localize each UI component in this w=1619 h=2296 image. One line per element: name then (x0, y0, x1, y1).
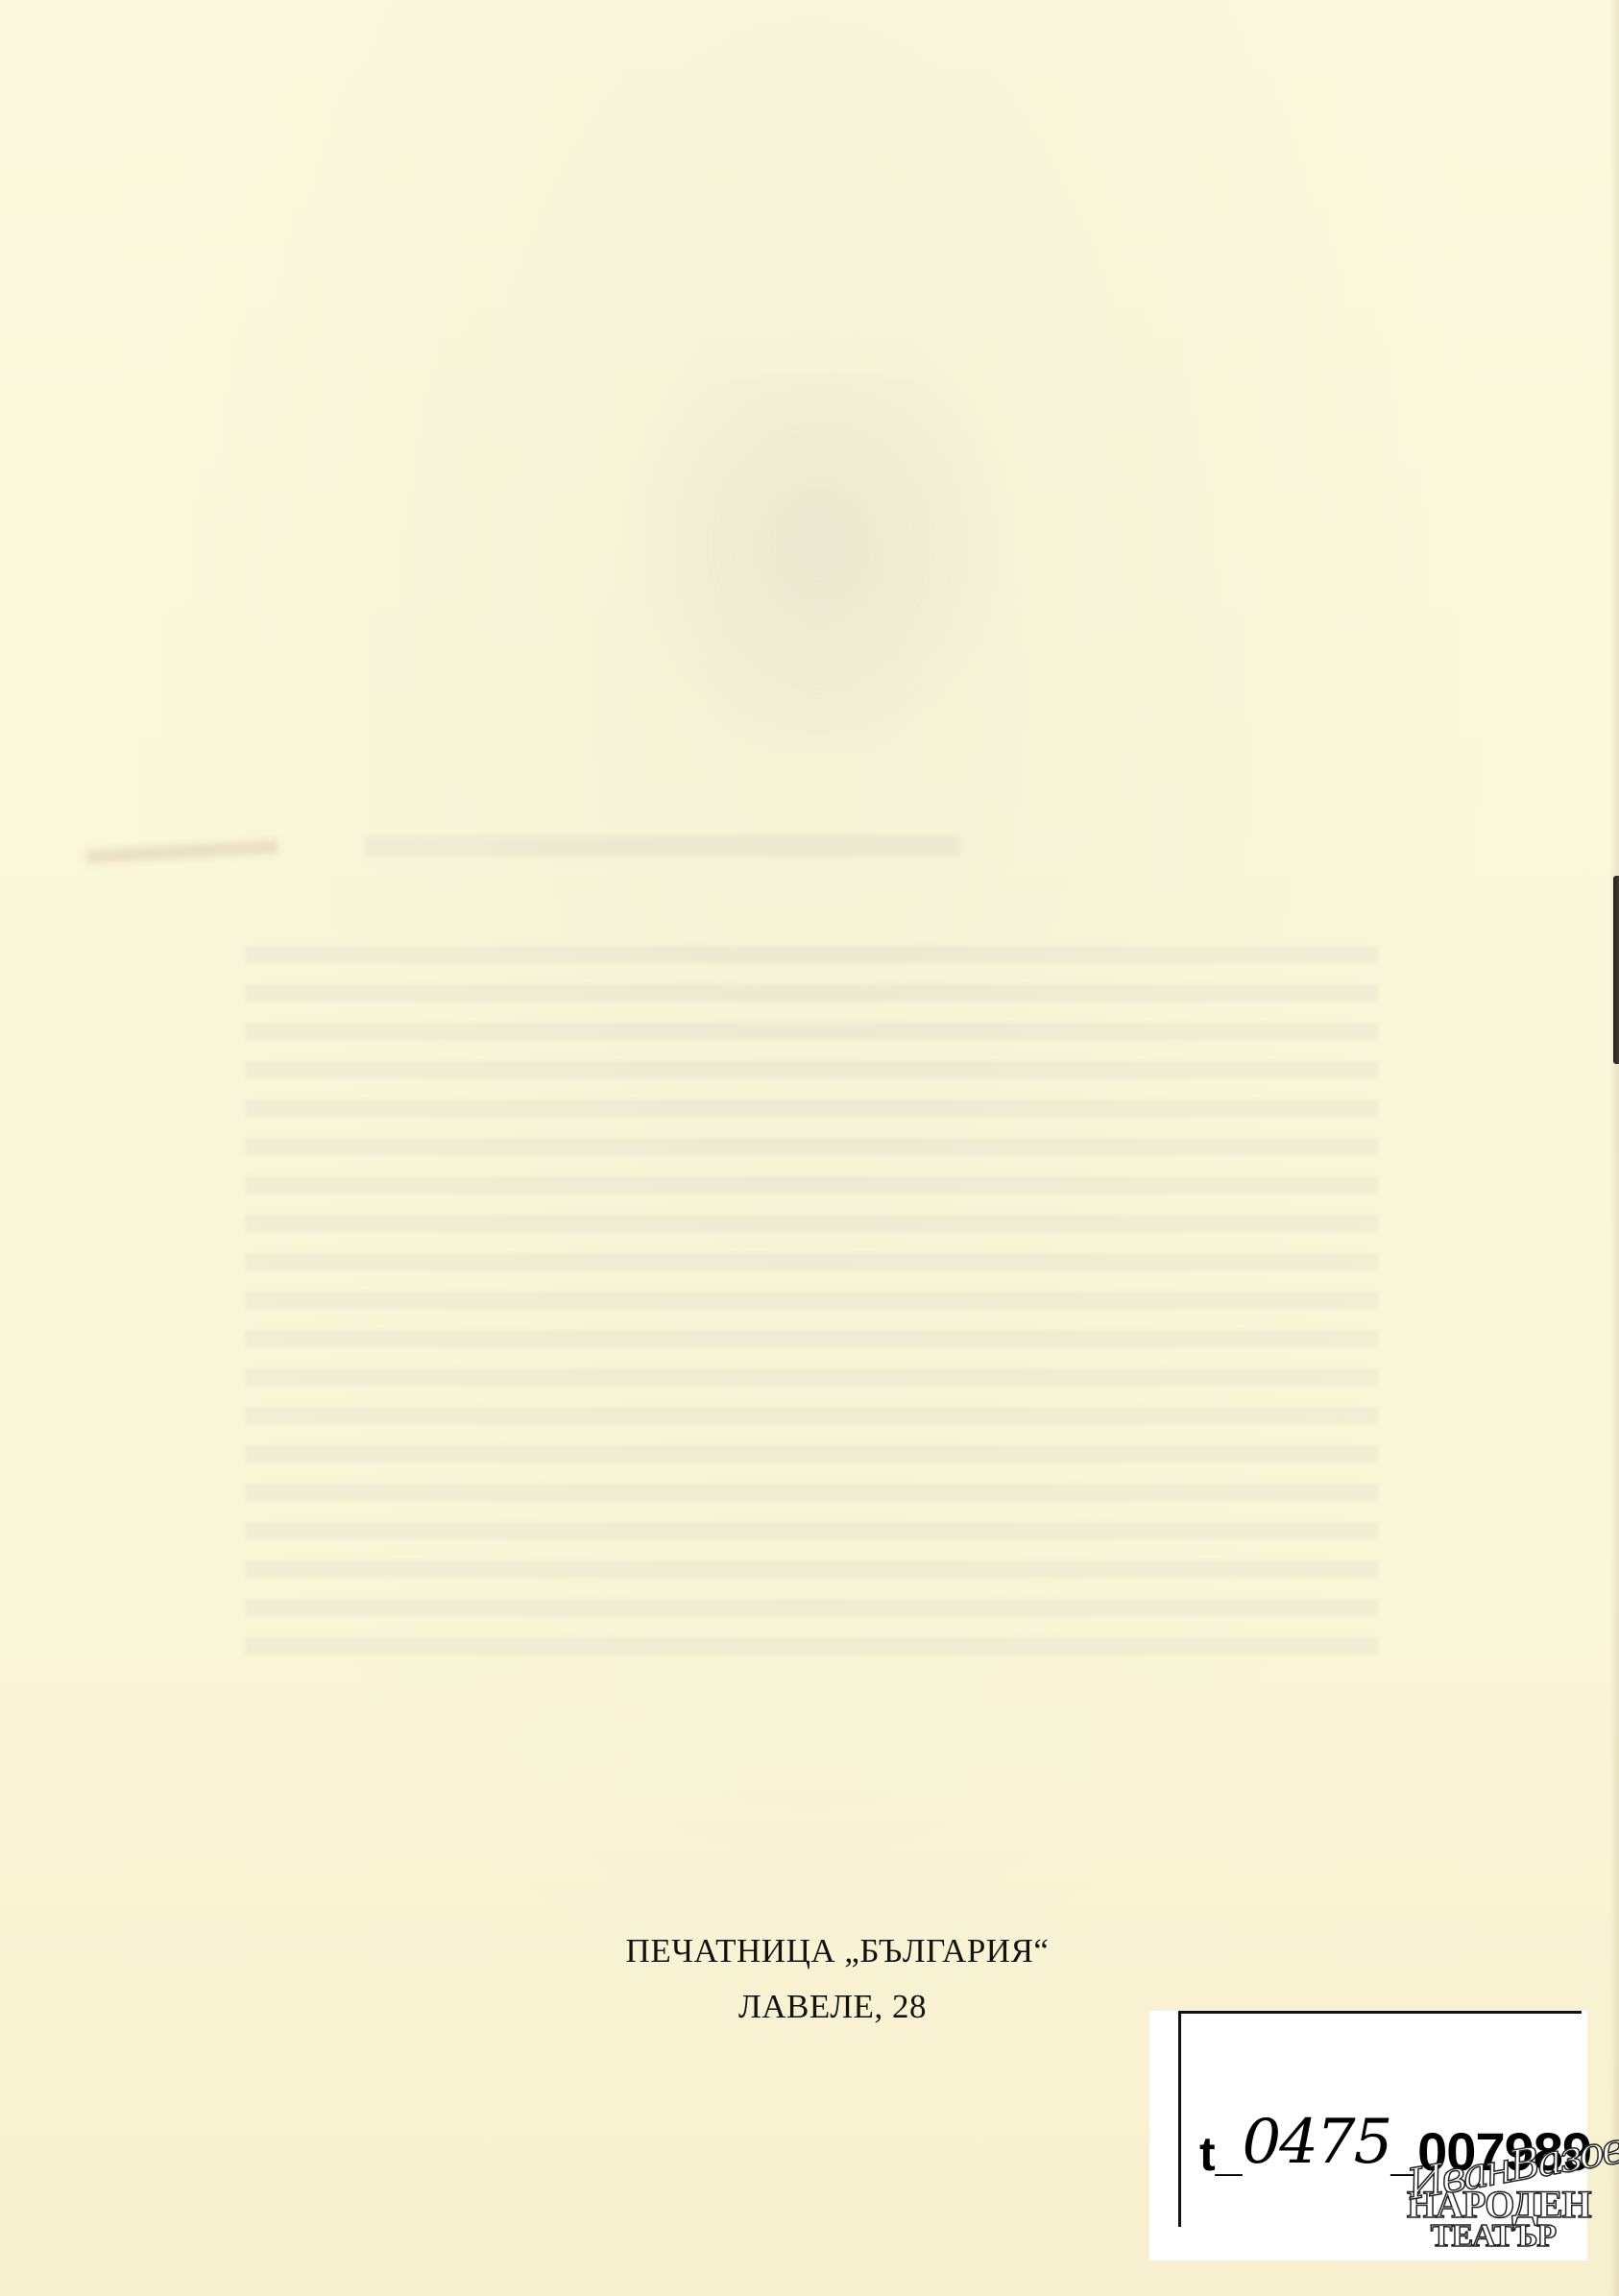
national-theatre-logo: ИванВазов НАРОДЕН ТЕАТЪР (1407, 2150, 1580, 2260)
label-border-top (1178, 2011, 1582, 2014)
scanned-page: ПЕЧАТНИЦА „БЪЛГАРИЯ“ ЛАВЕЛЕ, 28 t_0475_0… (0, 0, 1619, 2296)
archive-id-prefix: t_ (1199, 2127, 1242, 2181)
archive-label: t_0475_007989 ИванВазов НАРОДЕН ТЕАТЪР (1149, 2011, 1587, 2260)
printer-name: ПЕЧАТНИЦА „БЪЛГАРИЯ“ (56, 1928, 1619, 1974)
archive-id-handwritten: 0475 (1242, 2107, 1390, 2178)
label-border-left (1178, 2011, 1181, 2227)
bleed-through-portrait (634, 375, 1008, 749)
paper-smudge (86, 840, 278, 863)
logo-line-2: ТЕАТЪР (1407, 2221, 1580, 2252)
bleed-through-text-block (245, 946, 1378, 1676)
bleed-through-caption (365, 835, 960, 857)
